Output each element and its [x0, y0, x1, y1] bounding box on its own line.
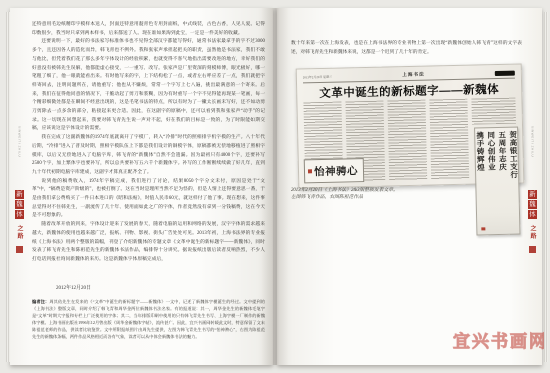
editor-note-text: 周其佑先生在发来的《“文革”中诞生的新标题字——新魏体》一文中，记述了新魏体字模…: [32, 299, 265, 339]
series-badge: 新 魏 体: [15, 190, 24, 219]
body-paragraph: 随着改革开放的到来，字体设计迎来了发展的春天，随着电脑的运用和网络的发展，汉字字…: [32, 221, 265, 265]
editor-note-label: 编者注：: [32, 299, 49, 304]
newspaper-text-column: [429, 99, 469, 180]
red-seal-mark: [16, 246, 23, 253]
red-seal-mark: [529, 246, 536, 253]
continuation-paragraph: 数十年来第一次在上海发表，也是在上海书法界的专业刊物上第一次出现“新魏体创始人韩…: [291, 40, 522, 60]
calligraphy-box: 怡神骋心: [304, 158, 365, 183]
red-seal-icon: [308, 169, 312, 173]
figure-caption-line: 左图韩飞青作品，右图陈祖范作品: [291, 195, 466, 202]
body-paragraph: 还特意用毛边纸精印字模样本送人，封面还特意用靛青色专用封面纸，中式线装，古色古香…: [32, 21, 265, 38]
book-spread-scan: XINWEITI ZHILU 新 魏 体 之路 还特意用毛边纸精印字模样本送人，…: [0, 0, 550, 373]
right-page: 数十年来第一次在上海发表，也是在上海书法界的专业刊物上第一次出现“新魏体创始人韩…: [277, 8, 542, 365]
calligraphy-horizontal-text: 怡神骋心: [314, 163, 358, 179]
series-badge-char: 魏: [15, 200, 24, 209]
editor-note-block: 编者注：周其佑先生在发来的《“文革”中诞生的新标题字——新魏体》一文中，记述了新…: [32, 298, 265, 360]
series-pinyin-label: XINWEITI ZHILU: [18, 126, 22, 178]
calligraphy-scroll-panel: 贺高银工支行 五周年志庆 同心创伟业 携手铸辉煌: [474, 127, 520, 236]
calligraphy-column: 贺高银工支行: [508, 131, 520, 231]
series-badge-char: 新: [528, 190, 537, 199]
series-badge-char: 体: [528, 210, 537, 219]
newspaper-date: 2013年2月20日 星期三: [303, 75, 332, 80]
series-pinyin-label: XINWEITI ZHILU: [531, 126, 535, 178]
newspaper-text-column: [471, 98, 516, 125]
red-seal-icon: [481, 227, 485, 231]
figure-caption-line: 2013年2月20日《上海书法》2&3版整版发表文章。: [291, 188, 466, 195]
series-badge-char: 新: [15, 190, 24, 199]
left-page: XINWEITI ZHILU 新 魏 体 之路 还特意用毛边纸精印字模样本送人，…: [10, 8, 273, 365]
body-paragraph: 说到他的稿费收入，1974年字稿完成，我们进行了讨论，结果8050个字分文未付，…: [32, 178, 265, 222]
series-badge-char: 魏: [528, 200, 537, 209]
body-text-block: 还特意用毛边纸精印字模样本送人，封面还特意用靛青色专用封面纸，中式线装，古色古香…: [32, 21, 265, 279]
newspaper-title: 上海书法: [402, 72, 425, 79]
newspaper-text-column: [387, 100, 427, 181]
site-watermark: 宜兴书画网: [453, 327, 548, 352]
series-badge-char: 体: [15, 210, 24, 219]
series-badge: 新 魏 体: [528, 190, 537, 219]
right-margin-strip: XINWEITI ZHILU 新 魏 体 之路: [526, 126, 539, 253]
left-margin-strip: XINWEITI ZHILU 新 魏 体 之路: [13, 126, 26, 253]
figure-caption: 2013年2月20日《上海书法》2&3版整版发表文章。 左图韩飞青作品，右图陈祖…: [291, 188, 466, 202]
page-edge-lines: [544, 12, 548, 362]
series-subtitle: 之路: [528, 225, 537, 240]
page-edge-lines: [6, 12, 10, 362]
body-paragraph: 还要说明一下，最好的书法家写标准体书也不见得全部汉字都能写得好，通常书法家最拿手…: [32, 38, 265, 134]
series-subtitle: 之路: [15, 225, 24, 240]
newspaper-page-number-block: [495, 70, 515, 75]
newspaper-clipping: 2013年2月20日 星期三 上海书法 文革中诞生的新标题字——新魏体 怡神骋心…: [296, 63, 525, 188]
body-paragraph: 我在完成了这副新魏体的1974年底就离开了字模厂，转入“冷排”时代的照相排字机字…: [32, 134, 265, 178]
article-dateline: 2012年12月20日: [56, 284, 91, 291]
